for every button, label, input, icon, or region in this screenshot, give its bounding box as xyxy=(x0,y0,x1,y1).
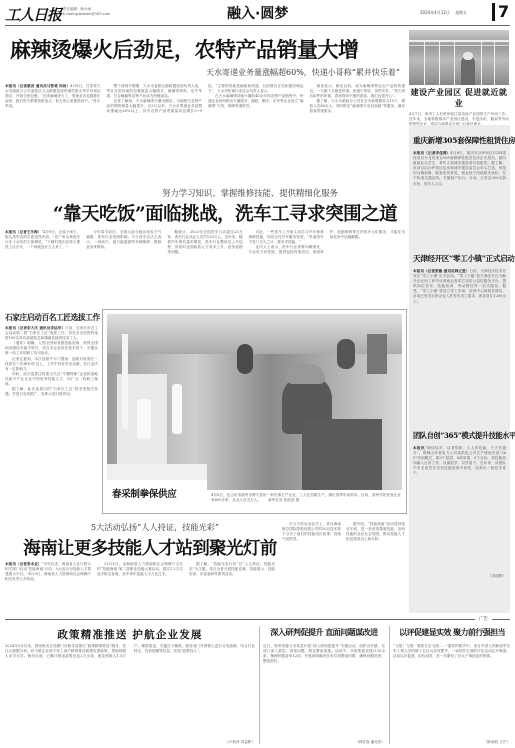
center-photo-frame: 春采制拳保供应 4月8日，在山东省滨州市博兴县的一家民事生产企业，工人在加紧生产… xyxy=(102,309,407,514)
newspaper-logo: 工人日报 xyxy=(5,4,61,25)
story-team-credit: （刘旭辉） xyxy=(413,574,506,579)
story3-headline: 海南让更多技能人才站到聚光灯前 xyxy=(20,535,280,560)
center-photo xyxy=(107,314,402,490)
right-column-box: 重庆新增305套保障性租赁住房 本报讯（记者李佳鸿）4月8日，重庆市沙坪坝区CC… xyxy=(409,125,510,613)
story2-kicker: 努力学习知识、掌握维修技能、提供精细化服务 xyxy=(95,187,405,199)
story2-body: 本报讯（记者王冬梅）“4月9日，正值下雨天，街头洗车店的生意变得冷清。”在广州从… xyxy=(5,230,405,298)
side-story-headline: 石家庄启动百名工匠选拔工作 xyxy=(5,312,98,323)
bottom-story-b-headline: 深入研判促提升 直面问题谋改进 xyxy=(263,627,385,638)
lead-headline: 麻辣烫爆火后劲足，农特产品销量大增 xyxy=(10,34,410,64)
story3-body: 本报讯（记者张本亚）“今年以来，海南省人社厅联合相关部门启动‘技能海南’行动，5… xyxy=(5,562,275,602)
center-photo-caption: 4月8日，在山东省滨州市博兴县的一家民事生产企业，工人在加紧生产，满足春季市场需… xyxy=(211,493,401,509)
masthead: 工人日报 责任编辑：韩小雨 E-mail:grbzwmh@163.com 融入·… xyxy=(0,0,515,26)
bottom-story-c-credit: （陈雨帆 王芹） xyxy=(450,740,510,745)
issue-date: 2024年4月12日 星期五 xyxy=(420,10,467,16)
side-story-body: 本报讯（记者李大庆 通讯员李运华）日前，石家庄市总工会启动第二届“石家庄工匠”选… xyxy=(5,326,98,516)
bottom-story-a-headline: 政策精准推送 护航企业发展 xyxy=(5,627,255,642)
lead-photo xyxy=(409,30,509,85)
masthead-divider xyxy=(5,25,510,26)
lead-subhead: 天水寄递业务量涨幅超60%，快递小哥称“累并快乐着” xyxy=(70,67,400,78)
story-team-headline: 团队自创“365”模式提升技能水平 xyxy=(413,431,506,441)
bottom-story-c-headline: 以评促建显实效 聚力前行强担当 xyxy=(393,627,511,638)
bottom-story-b-body: 近日，贵州省遵义市某县开展“深入研判促提升”专题活动，组织各乡镇、各部门深入基层… xyxy=(263,644,385,740)
center-photo-label: 春采制拳保供应 xyxy=(107,480,207,497)
date: 2024年4月12日 xyxy=(420,10,450,15)
bottom-story-a-credit: （卢秋萍 刘益彬） xyxy=(180,740,255,745)
ad-divider-left xyxy=(5,619,475,620)
story-chongqing-headline: 重庆新增305套保障性租赁住房 xyxy=(413,135,506,146)
bottom-divider-1 xyxy=(259,626,260,744)
ad-label: 广告 xyxy=(479,616,488,622)
lead-byline: 本报讯（记者康劲 通讯员马智勇 冉扬） xyxy=(5,84,70,88)
ad-divider-right xyxy=(492,619,510,620)
page-number: 7 xyxy=(492,3,510,21)
story2-headline: “靠天吃饭”面临挑战，洗车工寻求突围之道 xyxy=(40,200,410,226)
contact-line-2: E-mail:grbzwmh@163.com xyxy=(63,12,110,16)
section-title: 融入·圆梦 xyxy=(227,3,288,23)
photo-caption-title: 建设产业园区 促进就近就业 xyxy=(409,87,509,109)
weekday: 星期五 xyxy=(455,10,467,15)
lead-body: 本报讯（记者康劲 通讯员马智勇 冉扬）4月8日，甘肃省天水市邮政分公司麦积区文山… xyxy=(5,84,405,181)
bottom-story-c-body: “飞翔！飞翔！乘着长空飞翔……”激昂的歌声中，来自中国人民解放军空军工程大学的数… xyxy=(393,644,510,740)
story3-kicker: 5大活动弘扬“人人持证，技能光彩” xyxy=(55,522,255,533)
bottom-story-a-body: 2024年3月以来，国家税务总局厦门市税务局推出“政策精准推送”服务，依托大数据… xyxy=(5,644,255,740)
bottom-story-b-credit: （韩祥春 潘先伟） xyxy=(323,740,385,745)
bottom-divider-2 xyxy=(389,626,390,744)
story3-body-right: 在当天的启动仪式上，来自海南航空国际控股有限公司的10名技术骨干分享了他们的技能… xyxy=(282,522,405,602)
story-tianjin-headline: 天津经开区“零工小镇”正式启动 xyxy=(413,253,506,264)
